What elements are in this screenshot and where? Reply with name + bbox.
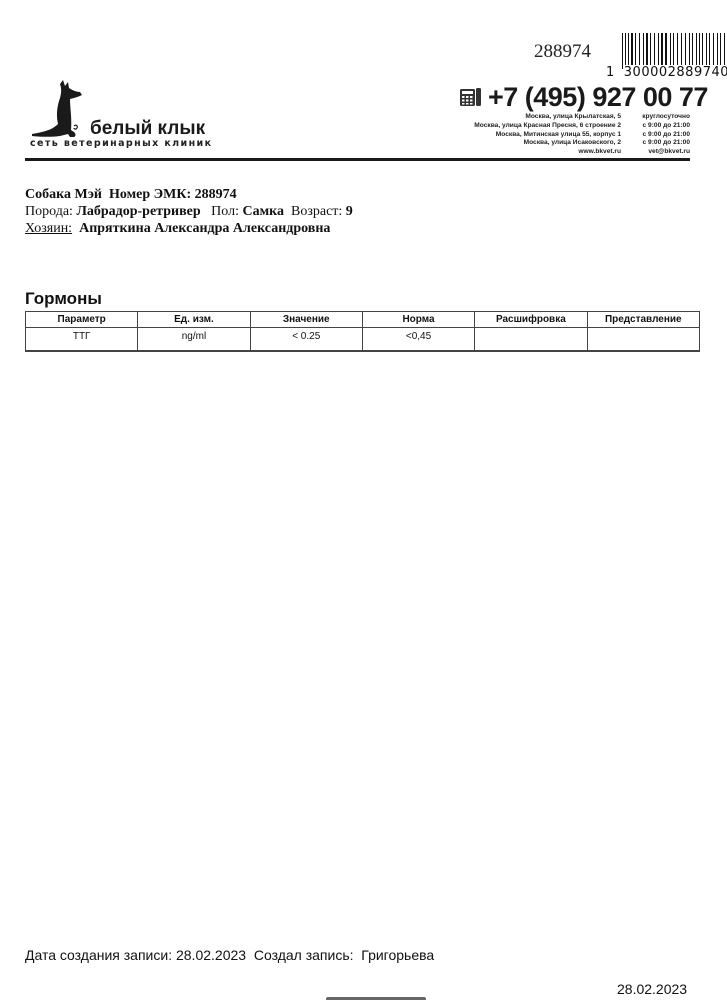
column-header: Значение — [250, 312, 362, 328]
barcode-code: 300002889740 — [623, 65, 727, 80]
hours: с 9:00 до 21:00 — [627, 139, 690, 148]
age-label: Возраст: — [291, 204, 342, 219]
barcode-digits: 1300002889740 — [606, 65, 727, 80]
address: Москва, улица Красная Пресня, 6 строение… — [440, 122, 627, 131]
created-label: Дата создания записи: — [25, 947, 172, 963]
cell-norm: <0,45 — [362, 328, 474, 351]
breed-label: Порода: — [25, 204, 73, 219]
cell-presentation — [587, 328, 699, 351]
clinic-addresses: Москва, улица Крылатская, 5 круглосуточн… — [440, 113, 690, 157]
column-header: Расшифровка — [475, 312, 587, 328]
cell-interpretation — [475, 328, 587, 351]
breed-value: Лабрадор-ретривер — [76, 204, 200, 219]
address-row: Москва, улица Красная Пресня, 6 строение… — [440, 122, 690, 131]
phone-icon — [460, 88, 482, 107]
patient-line-3: Хозяин: Апряткина Александра Александров… — [25, 220, 353, 237]
emk-number: 288974 — [534, 41, 591, 63]
cell-value: < 0.25 — [250, 328, 362, 351]
barcode — [622, 33, 727, 69]
patient-species: Собака — [25, 187, 71, 202]
created-date: 28.02.2023 — [176, 947, 246, 963]
header-divider — [25, 158, 690, 161]
clinic-name: белый клык — [90, 118, 205, 140]
column-header: Параметр — [26, 312, 138, 328]
hours: круглосуточно — [627, 113, 690, 122]
column-header: Норма — [362, 312, 474, 328]
address-row: Москва, Митинская улица 55, корпус 1 с 9… — [440, 131, 690, 140]
website-link[interactable]: www.bkvet.ru — [440, 148, 627, 157]
hours: с 9:00 до 21:00 — [627, 131, 690, 140]
email-link[interactable]: vet@bkvet.ru — [627, 148, 690, 157]
record-info: Дата создания записи: 28.02.2023 Создал … — [25, 947, 434, 963]
column-header: Представление — [587, 312, 699, 328]
sex-value: Самка — [242, 204, 284, 219]
dog-logo-icon — [30, 78, 92, 140]
cell-parameter: ТТГ — [26, 328, 138, 351]
patient-name: Мэй — [74, 187, 102, 202]
emk-value: 288974 — [195, 187, 237, 202]
barcode-lead-digit: 1 — [606, 65, 615, 80]
clinic-phone: +7 (495) 927 00 77 — [488, 82, 708, 113]
print-date: 28.02.2023 — [617, 981, 687, 997]
table-row: ТТГ ng/ml < 0.25 <0,45 — [26, 328, 700, 351]
author-label: Создал запись: — [254, 947, 354, 963]
clinic-tagline: сеть ветеринарных клиник — [30, 138, 212, 149]
patient-info: Собака Мэй Номер ЭМК: 288974 Порода: Лаб… — [25, 186, 353, 237]
patient-line-2: Порода: Лабрадор-ретривер Пол: Самка Воз… — [25, 203, 353, 220]
results-table: Параметр Ед. изм. Значение Норма Расшифр… — [25, 311, 700, 352]
phone-row: +7 (495) 927 00 77 — [460, 82, 708, 113]
address-row: Москва, улица Исаковского, 2 с 9:00 до 2… — [440, 139, 690, 148]
address-row: Москва, улица Крылатская, 5 круглосуточн… — [440, 113, 690, 122]
hours: с 9:00 до 21:00 — [627, 122, 690, 131]
emk-label: Номер ЭМК: — [109, 187, 191, 202]
address: Москва, Митинская улица 55, корпус 1 — [440, 131, 627, 140]
age-value: 9 — [346, 204, 353, 219]
owner-label: Хозяин: — [25, 221, 72, 236]
cell-unit: ng/ml — [138, 328, 250, 351]
patient-line-1: Собака Мэй Номер ЭМК: 288974 — [25, 186, 353, 203]
contact-row: www.bkvet.ru vet@bkvet.ru — [440, 148, 690, 157]
column-header: Ед. изм. — [138, 312, 250, 328]
author-name: Григорьева — [361, 947, 434, 963]
table-header-row: Параметр Ед. изм. Значение Норма Расшифр… — [26, 312, 700, 328]
owner-value: Апряткина Александра Александровна — [79, 221, 330, 236]
address: Москва, улица Крылатская, 5 — [440, 113, 627, 122]
sex-label: Пол: — [211, 204, 239, 219]
address: Москва, улица Исаковского, 2 — [440, 139, 627, 148]
clinic-logo: белый клык сеть ветеринарных клиник — [30, 78, 230, 153]
section-title: Гормоны — [25, 289, 102, 309]
